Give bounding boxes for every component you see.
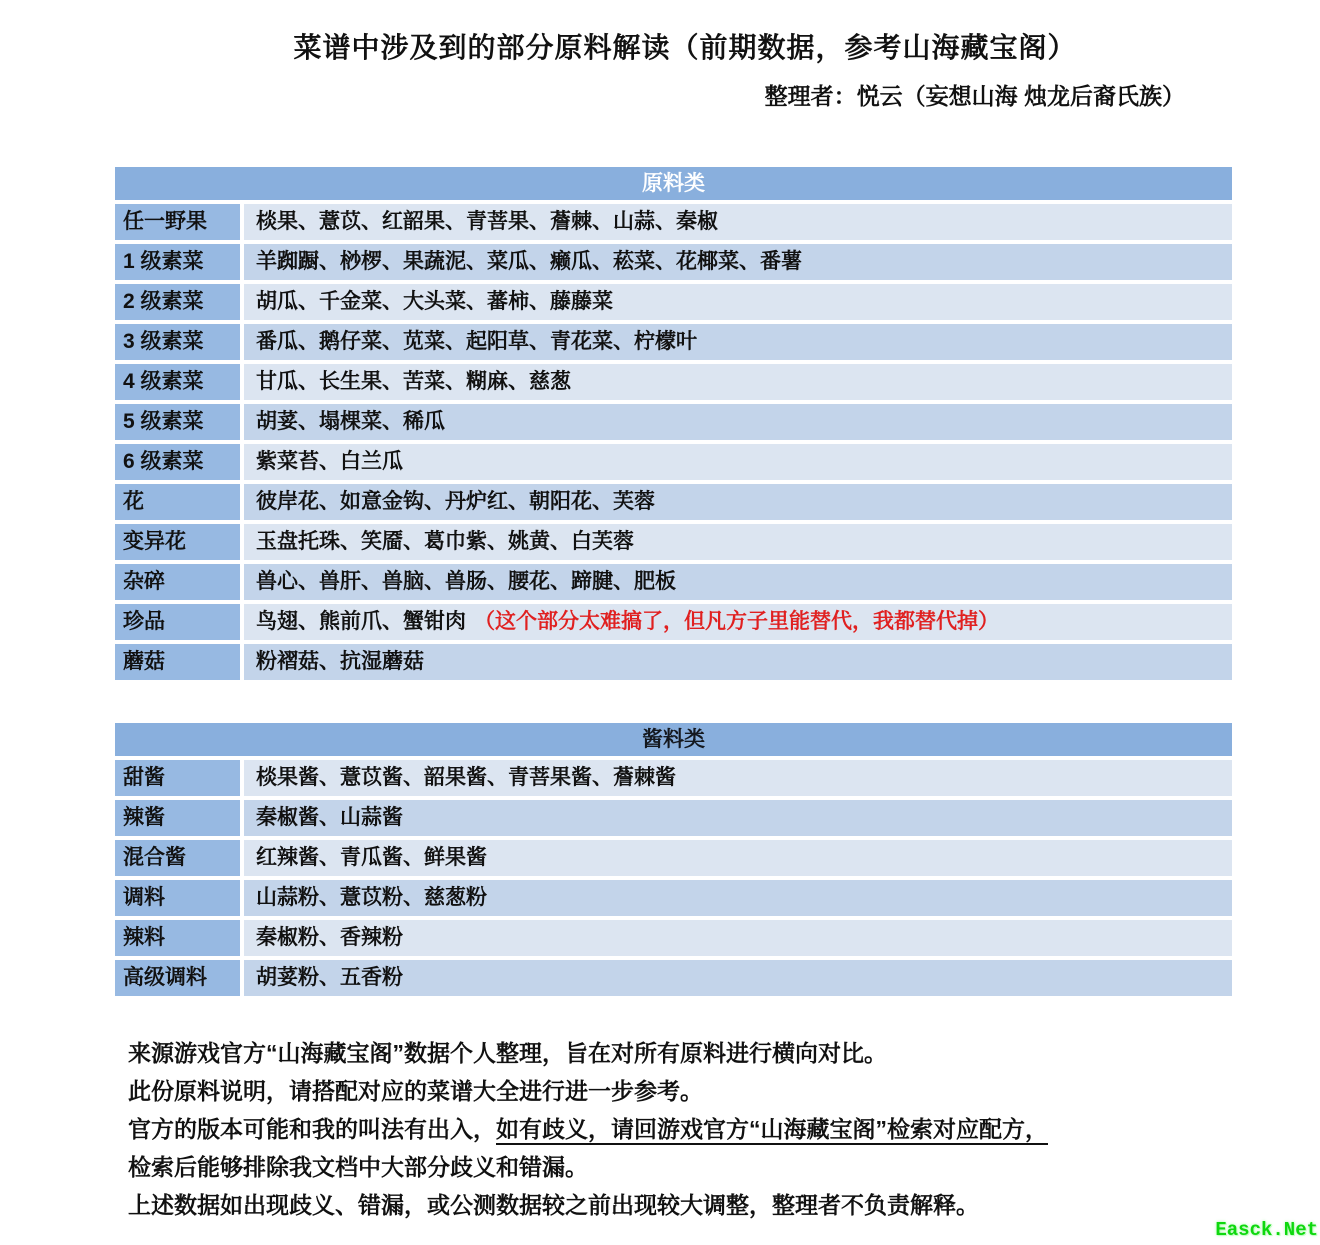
row-content-cell: 甘瓜、长生果、苦菜、糊麻、慈葱: [244, 364, 1232, 400]
table-row: 2 级素菜 胡瓜、千金菜、大头菜、蕃柿、藤藤菜: [115, 284, 1232, 320]
table-row: 4 级素菜 甘瓜、长生果、苦菜、糊麻、慈葱: [115, 364, 1232, 400]
table-row: 蘑菇 粉褶菇、抗湿蘑菇: [115, 644, 1232, 680]
page-subtitle: 整理者：悦云（妄想山海 烛龙后裔氏族）: [0, 78, 1320, 111]
table-row: 辣酱 秦椒酱、山蒜酱: [115, 800, 1232, 836]
row-content-cell: 番瓜、鹅仔菜、苋菜、起阳草、青花菜、柠檬叶: [244, 324, 1232, 360]
table-row: 1 级素菜 羊踟蹰、桫椤、果蔬泥、菜瓜、癞瓜、菘菜、花椰菜、番薯: [115, 244, 1232, 280]
table-row: 甜酱 棪果酱、薏苡酱、韶果酱、青菩果酱、薝棘酱: [115, 760, 1232, 796]
row-label: 辣酱: [115, 800, 240, 836]
table-row: 高级调料 胡荽粉、五香粉: [115, 960, 1232, 996]
footer-line: 检索后能够排除我文档中大部分歧义和错漏。: [128, 1148, 1248, 1186]
row-content: 紫菜苔、白兰瓜: [256, 450, 403, 473]
content-area: 原料类 任一野果 棪果、薏苡、红韶果、青菩果、薝棘、山蒜、秦椒 1 级素菜 羊踟…: [115, 167, 1232, 996]
table-row: 花 彼岸花、如意金钩、丹炉红、朝阳花、芙蓉: [115, 484, 1232, 520]
row-content-cell: 山蒜粉、薏苡粉、慈葱粉: [244, 880, 1232, 916]
row-label: 5 级素菜: [115, 404, 240, 440]
sauces-table: 酱料类 甜酱 棪果酱、薏苡酱、韶果酱、青菩果酱、薝棘酱 辣酱 秦椒酱、山蒜酱 混…: [115, 723, 1232, 996]
row-content: 山蒜粉、薏苡粉、慈葱粉: [256, 886, 487, 909]
table-row: 3 级素菜 番瓜、鹅仔菜、苋菜、起阳草、青花菜、柠檬叶: [115, 324, 1232, 360]
row-content-cell: 棪果、薏苡、红韶果、青菩果、薝棘、山蒜、秦椒: [244, 204, 1232, 240]
footer-notes: 来源游戏官方“山海藏宝阁”数据个人整理，旨在对所有原料进行横向对比。 此份原料说…: [128, 1034, 1248, 1224]
row-content-cell: 鸟翅、熊前爪、蟹钳肉（这个部分太难搞了，但凡方子里能替代，我都替代掉）: [244, 604, 1232, 640]
ingredients-table-header: 原料类: [115, 167, 1232, 200]
table-row: 珍品 鸟翅、熊前爪、蟹钳肉（这个部分太难搞了，但凡方子里能替代，我都替代掉）: [115, 604, 1232, 640]
table-row: 杂碎 兽心、兽肝、兽脑、兽肠、腰花、蹄腱、肥板: [115, 564, 1232, 600]
table-row: 6 级素菜 紫菜苔、白兰瓜: [115, 444, 1232, 480]
row-content: 玉盘托珠、笑靥、葛巾紫、姚黄、白芙蓉: [256, 530, 634, 553]
row-label: 任一野果: [115, 204, 240, 240]
row-content: 甘瓜、长生果、苦菜、糊麻、慈葱: [256, 370, 571, 393]
row-label: 混合酱: [115, 840, 240, 876]
ingredients-table: 原料类 任一野果 棪果、薏苡、红韶果、青菩果、薝棘、山蒜、秦椒 1 级素菜 羊踟…: [115, 167, 1232, 680]
row-content: 棪果酱、薏苡酱、韶果酱、青菩果酱、薝棘酱: [256, 766, 676, 789]
row-content-cell: 胡荽粉、五香粉: [244, 960, 1232, 996]
page-title: 菜谱中涉及到的部分原料解读（前期数据，参考山海藏宝阁）: [0, 26, 1320, 66]
row-content-cell: 粉褶菇、抗湿蘑菇: [244, 644, 1232, 680]
row-label: 高级调料: [115, 960, 240, 996]
row-content: 彼岸花、如意金钩、丹炉红、朝阳花、芙蓉: [256, 490, 655, 513]
table-row: 5 级素菜 胡荽、塌棵菜、稀瓜: [115, 404, 1232, 440]
row-content: 羊踟蹰、桫椤、果蔬泥、菜瓜、癞瓜、菘菜、花椰菜、番薯: [256, 250, 802, 273]
row-label: 花: [115, 484, 240, 520]
footer-line: 来源游戏官方“山海藏宝阁”数据个人整理，旨在对所有原料进行横向对比。: [128, 1034, 1248, 1072]
row-label: 辣料: [115, 920, 240, 956]
row-content-cell: 羊踟蹰、桫椤、果蔬泥、菜瓜、癞瓜、菘菜、花椰菜、番薯: [244, 244, 1232, 280]
row-label: 调料: [115, 880, 240, 916]
table-row: 任一野果 棪果、薏苡、红韶果、青菩果、薝棘、山蒜、秦椒: [115, 204, 1232, 240]
row-content-cell: 玉盘托珠、笑靥、葛巾紫、姚黄、白芙蓉: [244, 524, 1232, 560]
row-content: 棪果、薏苡、红韶果、青菩果、薝棘、山蒜、秦椒: [256, 210, 718, 233]
row-content-cell: 兽心、兽肝、兽脑、兽肠、腰花、蹄腱、肥板: [244, 564, 1232, 600]
row-label: 蘑菇: [115, 644, 240, 680]
table-row: 调料 山蒜粉、薏苡粉、慈葱粉: [115, 880, 1232, 916]
row-content: 兽心、兽肝、兽脑、兽肠、腰花、蹄腱、肥板: [256, 570, 676, 593]
row-label: 甜酱: [115, 760, 240, 796]
table-row: 变异花 玉盘托珠、笑靥、葛巾紫、姚黄、白芙蓉: [115, 524, 1232, 560]
table-row: 混合酱 红辣酱、青瓜酱、鲜果酱: [115, 840, 1232, 876]
row-content: 秦椒酱、山蒜酱: [256, 806, 403, 829]
row-label: 4 级素菜: [115, 364, 240, 400]
row-content-cell: 紫菜苔、白兰瓜: [244, 444, 1232, 480]
row-label: 珍品: [115, 604, 240, 640]
row-content-cell: 秦椒酱、山蒜酱: [244, 800, 1232, 836]
row-content-cell: 胡瓜、千金菜、大头菜、蕃柿、藤藤菜: [244, 284, 1232, 320]
row-content: 胡瓜、千金菜、大头菜、蕃柿、藤藤菜: [256, 290, 613, 313]
row-label: 6 级素菜: [115, 444, 240, 480]
row-content: 粉褶菇、抗湿蘑菇: [256, 650, 424, 673]
row-label: 变异花: [115, 524, 240, 560]
row-content-cell: 秦椒粉、香辣粉: [244, 920, 1232, 956]
footer-line: 上述数据如出现歧义、错漏，或公测数据较之前出现较大调整，整理者不负责解释。: [128, 1186, 1248, 1224]
footer-line-prefix: 官方的版本可能和我的叫法有出入，: [128, 1116, 496, 1142]
row-content-cell: 彼岸花、如意金钩、丹炉红、朝阳花、芙蓉: [244, 484, 1232, 520]
row-content: 胡荽、塌棵菜、稀瓜: [256, 410, 445, 433]
row-content: 秦椒粉、香辣粉: [256, 926, 403, 949]
footer-line-underlined: 如有歧义，请回游戏官方“山海藏宝阁”检索对应配方，: [496, 1116, 1048, 1145]
watermark-easck: Easck.Net: [1215, 1219, 1318, 1241]
row-note-red: （这个部分太难搞了，但凡方子里能替代，我都替代掉）: [474, 610, 999, 633]
row-content: 胡荽粉、五香粉: [256, 966, 403, 989]
row-content-cell: 红辣酱、青瓜酱、鲜果酱: [244, 840, 1232, 876]
row-content: 番瓜、鹅仔菜、苋菜、起阳草、青花菜、柠檬叶: [256, 330, 697, 353]
row-label: 杂碎: [115, 564, 240, 600]
table-row: 辣料 秦椒粉、香辣粉: [115, 920, 1232, 956]
row-label: 3 级素菜: [115, 324, 240, 360]
footer-line: 此份原料说明，请搭配对应的菜谱大全进行进一步参考。: [128, 1072, 1248, 1110]
footer-line: 官方的版本可能和我的叫法有出入，如有歧义，请回游戏官方“山海藏宝阁”检索对应配方…: [128, 1110, 1248, 1148]
row-content-cell: 胡荽、塌棵菜、稀瓜: [244, 404, 1232, 440]
row-label: 1 级素菜: [115, 244, 240, 280]
sauces-table-header: 酱料类: [115, 723, 1232, 756]
row-content: 红辣酱、青瓜酱、鲜果酱: [256, 846, 487, 869]
row-content-cell: 棪果酱、薏苡酱、韶果酱、青菩果酱、薝棘酱: [244, 760, 1232, 796]
row-content: 鸟翅、熊前爪、蟹钳肉: [256, 610, 466, 633]
row-label: 2 级素菜: [115, 284, 240, 320]
